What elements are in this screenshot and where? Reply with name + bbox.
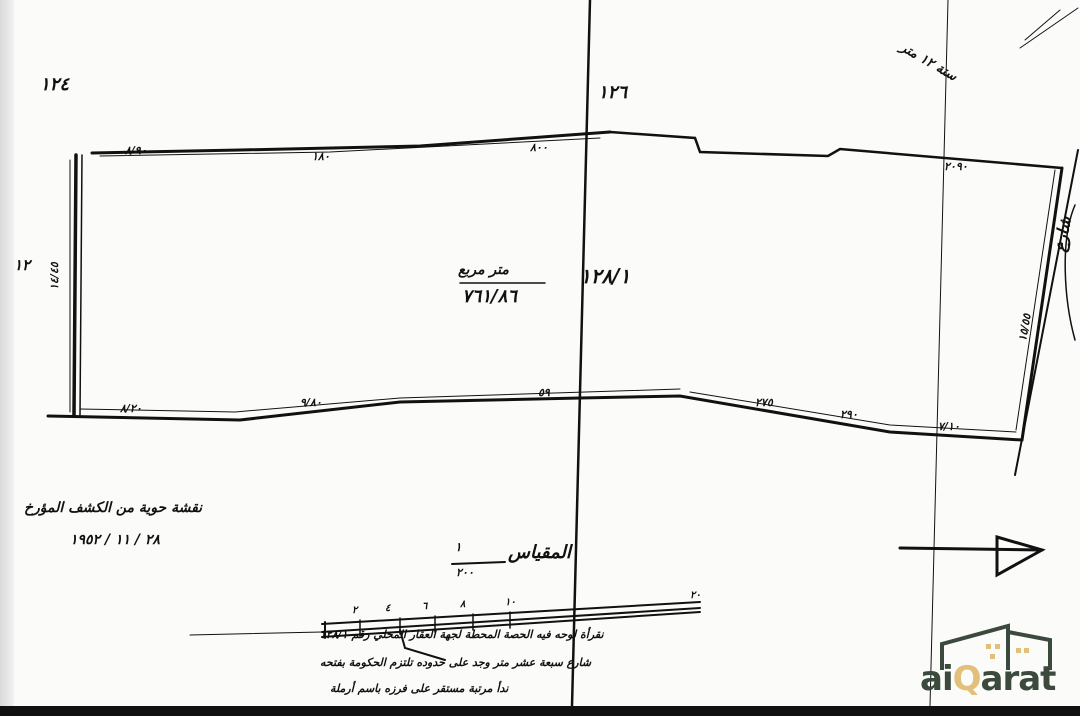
scale-tick: ٢ [352, 605, 357, 616]
bottom-note-line2: شارع سبعة عشر متر وجد على حدوده تلتزم ال… [320, 656, 591, 669]
aiqarat-logo: aiQarat [920, 622, 1060, 696]
scale-label: المقياس [508, 542, 571, 563]
dimension-label: ٥٩ [538, 386, 550, 399]
area-value: ٧٦١/٨٦ [462, 286, 517, 307]
grid-line-vertical [572, 0, 590, 706]
dimension-label: ٨/٢٠ [120, 402, 142, 415]
area-unit-label: متر مربع [458, 262, 509, 278]
dimension-label: ٢٠٩٠ [944, 160, 968, 173]
north-arrow-head [997, 537, 1042, 575]
neighbor-parcel-label: ١٢٤ [40, 74, 69, 95]
dimension-label: ١٤/٤٥ [48, 262, 61, 290]
scale-tick: ٨ [460, 599, 465, 610]
survey-note-line1: نقشة حوية من الكشف المؤرخ [24, 500, 202, 516]
north-arrow-shaft [900, 548, 1042, 550]
dimension-label: ٧/١٠ [938, 420, 960, 433]
dimension-label: ٩/٨٠ [300, 396, 322, 409]
bottom-note-line3: ندأ مرتبة مستقر على فرزه باسم أرملة [330, 682, 508, 695]
dimension-label: ٨/٩٠ [125, 144, 147, 157]
scale-tick: ٤ [385, 603, 390, 614]
neighbor-parcel-label: ١٢٦ [598, 82, 627, 103]
scale-tick: ٦ [422, 601, 427, 612]
bottom-note-line1: نقرأة لوحه فيه الحصة المحطة لجهة العقار … [320, 628, 604, 641]
neighbor-parcel-label: ١٢ [14, 256, 30, 274]
dimension-label: ٨٠٠ [530, 141, 548, 154]
scale-tick: ١٠ [505, 597, 516, 608]
logo-wordmark: aiQarat [920, 662, 1055, 696]
dimension-label: ٢٩٠ [840, 408, 858, 421]
survey-date: ٢٨ / ١١ / ١٩٥٢ [70, 532, 160, 548]
dimension-label: ٢٧٥ [755, 396, 773, 409]
parcel-number: ١٢٨/١ [580, 264, 630, 288]
bottom-black-bar [0, 706, 1080, 716]
scale-numerator: ١ [455, 540, 461, 554]
scale-tick: ٢٠ [690, 590, 701, 601]
scale-denominator: ٢٠٠ [456, 566, 474, 579]
dimension-label: ١٨٠ [312, 150, 330, 163]
parcel-drawing [0, 0, 1080, 706]
